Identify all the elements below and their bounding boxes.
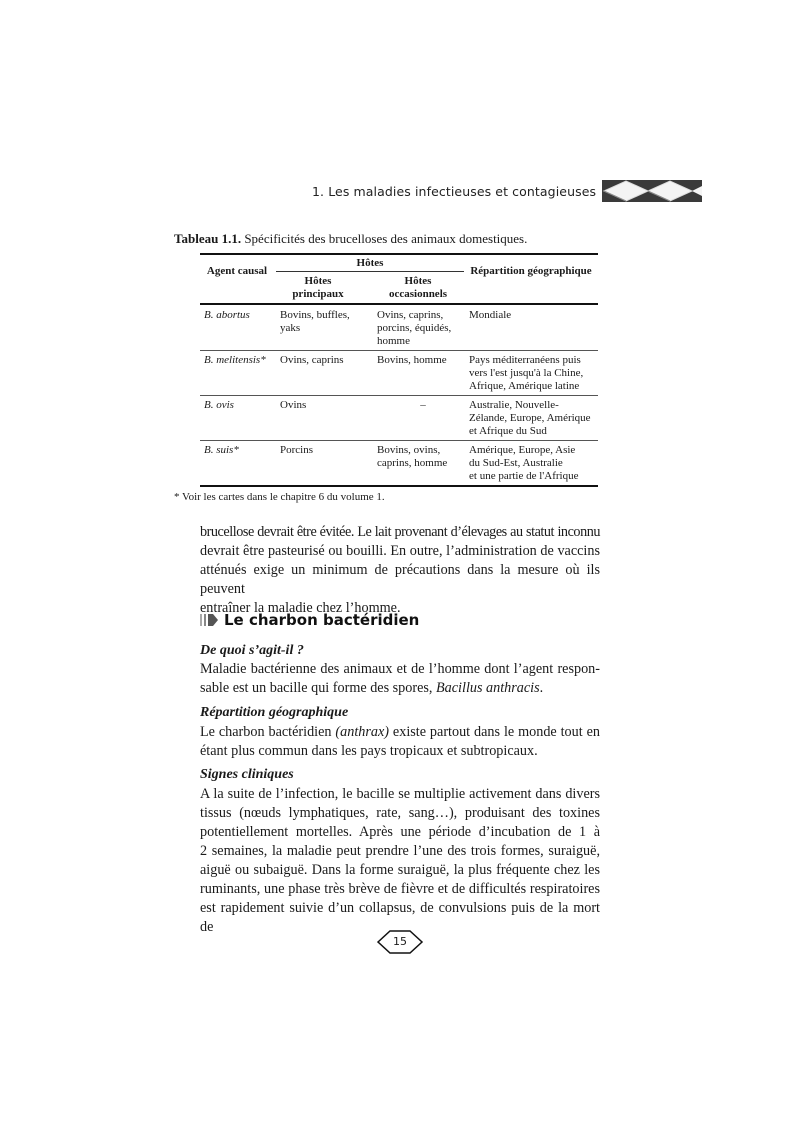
text-line: tissus (nœuds lymphatiques, rate, sang…)… (200, 804, 600, 823)
text-line: atténués exige un minimum de précautions… (200, 561, 600, 599)
row-divider (200, 350, 598, 351)
page-number: 15 (376, 929, 424, 955)
table-caption: Tableau 1.1. Spécificités des brucellose… (174, 231, 527, 247)
text-line: 2 semaines, la maladie peut prendre l’un… (200, 842, 600, 861)
text-line: potentiellement mortelles. Après une pér… (200, 823, 600, 842)
cell-repartition: Australie, Nouvelle- Zélande, Europe, Am… (469, 399, 591, 438)
header-hotes: Hôtes (276, 257, 464, 270)
cell-principaux: Ovins (280, 399, 306, 412)
header-repartition: Répartition géographique (464, 265, 598, 278)
row-divider (200, 395, 598, 396)
cell-principaux: Bovins, buffles, yaks (280, 309, 350, 335)
subsection-paragraph: A la suite de l’infection, le bacille se… (200, 785, 600, 937)
table-caption-label: Tableau 1.1. (174, 231, 241, 246)
cell-agent: B. ovis (204, 399, 234, 412)
header-agent-causal: Agent causal (200, 265, 274, 278)
text-line: sable est un bacille qui forme des spore… (200, 679, 600, 698)
text-span: existe partout dans le monde tout en (389, 724, 600, 740)
chapter-title: 1. Les maladies infectieuses et contagie… (312, 184, 596, 199)
subsection-title: Répartition géographique (200, 705, 348, 721)
subsection-title: De quoi s’agit-il ? (200, 643, 304, 659)
cell-agent: B. suis* (204, 444, 239, 457)
header-hotes-principaux: Hôtes principaux (278, 275, 358, 301)
hotes-group-rule (276, 271, 464, 272)
running-header: 1. Les maladies infectieuses et contagie… (312, 180, 702, 202)
text-line: Le charbon bactéridien (anthrax) existe … (200, 723, 600, 742)
cell-occasionnels: Bovins, ovins, caprins, homme (377, 444, 447, 470)
subsection-title: Signes cliniques (200, 767, 294, 783)
cell-principaux: Porcins (280, 444, 313, 457)
page-number-text: 15 (376, 929, 424, 955)
cell-principaux: Ovins, caprins (280, 354, 344, 367)
table-bottom-rule (200, 485, 598, 487)
header-bottom-rule (200, 303, 598, 305)
header-hotes-occasionnels: Hôtes occasionnels (372, 275, 464, 301)
species-name: Bacillus anthracis (436, 680, 540, 696)
cell-repartition: Amérique, Europe, Asie du Sud-Est, Austr… (469, 444, 579, 483)
subsection-paragraph: Maladie bactérienne des animaux et de l’… (200, 660, 600, 698)
section-title: Le charbon bactéridien (224, 611, 419, 629)
text-line: ruminants, une phase très brève de fièvr… (200, 880, 600, 899)
text-line: A la suite de l’infection, le bacille se… (200, 785, 600, 804)
section-bullet-icon (200, 613, 220, 627)
cell-repartition: Pays méditerranéens puis vers l'est jusq… (469, 354, 583, 393)
row-divider (200, 440, 598, 441)
cell-occasionnels: – (377, 399, 469, 412)
cell-agent: B. melitensis* (204, 354, 266, 367)
table-caption-text: Spécificités des brucelloses des animaux… (241, 231, 527, 246)
text-span: sable est un bacille qui forme des spore… (200, 680, 436, 696)
cell-agent: B. abortus (204, 309, 250, 322)
text-line: Maladie bactérienne des animaux et de l’… (200, 660, 600, 679)
cell-repartition: Mondiale (469, 309, 511, 322)
cell-occasionnels: Ovins, caprins, porcins, équidés, homme (377, 309, 451, 348)
subsection-paragraph: Le charbon bactéridien (anthrax) existe … (200, 723, 600, 761)
text-line: aiguë ou subaiguë. Dans la forme suraigu… (200, 861, 600, 880)
intro-paragraph: brucellose devrait être évitée. Le lait … (200, 523, 600, 618)
text-line: étant plus commun dans les pays tropicau… (200, 742, 600, 761)
italic-term: (anthrax) (335, 724, 389, 740)
section-heading: Le charbon bactéridien (200, 611, 419, 629)
text-span: Le charbon bactéridien (200, 724, 335, 740)
text-line: devrait être pasteurisé ou bouilli. En o… (200, 542, 600, 561)
cell-occasionnels: Bovins, homme (377, 354, 447, 367)
text-line: brucellose devrait être évitée. Le lait … (200, 523, 600, 542)
diamond-pattern-ornament-icon (602, 180, 702, 202)
text-span: . (540, 680, 544, 696)
table-footnote: * Voir les cartes dans le chapitre 6 du … (174, 491, 385, 503)
table-top-rule (200, 253, 598, 255)
